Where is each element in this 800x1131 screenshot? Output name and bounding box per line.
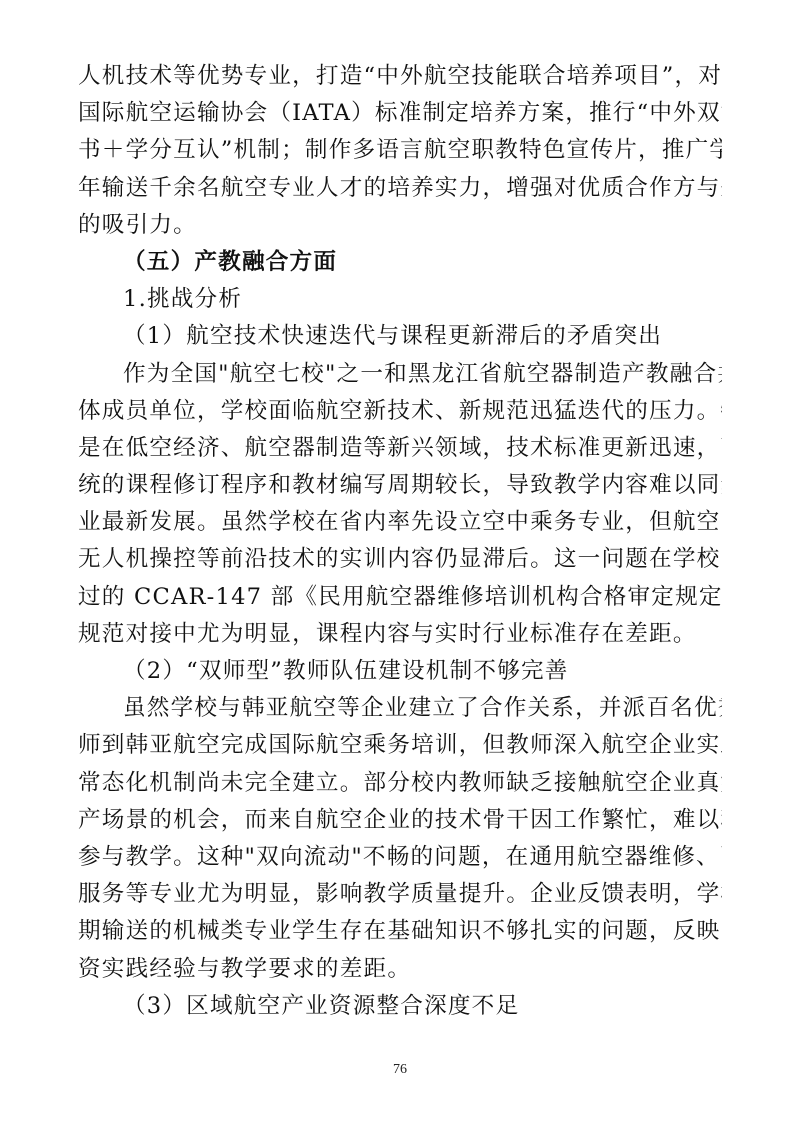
subheading-challenge-analysis: 1.挑战分析: [78, 281, 722, 318]
item-1-title: （1）航空技术快速迭代与课程更新滞后的矛盾突出: [78, 318, 722, 355]
text-line: 的吸引力。: [78, 207, 722, 244]
text-line: 常态化机制尚未完全建立。部分校内教师缺乏接触航空企业真实生: [78, 765, 722, 802]
text-line: 期输送的机械类专业学生存在基础知识不够扎实的问题，反映出师: [78, 913, 722, 950]
item-2-title: （2）“双师型”教师队伍建设机制不够完善: [78, 653, 722, 690]
text-line: 资实践经验与教学要求的差距。: [78, 951, 722, 988]
item-1-paragraph: 作为全国"航空七校"之一和黑龙江省航空器制造产教融合共同 体成员单位，学校面临航…: [78, 356, 722, 654]
page-number: 76: [0, 1062, 800, 1078]
text-line: 师到韩亚航空完成国际航空乘务培训，但教师深入航空企业实践的: [78, 727, 722, 764]
text-line: 国际航空运输协会（IATA）标准制定培养方案，推行“中外双证: [78, 95, 722, 132]
item-3-title: （3）区域航空产业资源整合深度不足: [78, 988, 722, 1025]
text-line: 过的 CCAR-147 部《民用航空器维修培训机构合格审定规定》等新: [78, 579, 722, 616]
text-line: 规范对接中尤为明显，课程内容与实时行业标准存在差距。: [78, 616, 722, 653]
text-line: 业最新发展。虽然学校在省内率先设立空中乘务专业，但航空电子、: [78, 504, 722, 541]
text-line: 无人机操控等前沿技术的实训内容仍显滞后。这一问题在学校已通: [78, 541, 722, 578]
text-line: 作为全国"航空七校"之一和黑龙江省航空器制造产教融合共同: [78, 356, 722, 393]
text-line: 是在低空经济、航空器制造等新兴领域，技术标准更新迅速，而传: [78, 430, 722, 467]
text-line: 书＋学分互认”机制；制作多语言航空职教特色宣传片，推广学校: [78, 132, 722, 169]
text-line: 体成员单位，学校面临航空新技术、新规范迅猛迭代的压力。特别: [78, 393, 722, 430]
document-page: 人机技术等优势专业，打造“中外航空技能联合培养项目”，对标 国际航空运输协会（I…: [78, 58, 722, 1025]
text-line: 虽然学校与韩亚航空等企业建立了合作关系，并派百名优秀教: [78, 690, 722, 727]
section-heading: （五）产教融合方面: [78, 244, 722, 281]
intro-paragraph-tail: 人机技术等优势专业，打造“中外航空技能联合培养项目”，对标 国际航空运输协会（I…: [78, 58, 722, 244]
text-line: 统的课程修订程序和教材编写周期较长，导致教学内容难以同步行: [78, 467, 722, 504]
text-line: 人机技术等优势专业，打造“中外航空技能联合培养项目”，对标: [78, 58, 722, 95]
text-line: 服务等专业尤为明显，影响教学质量提升。企业反馈表明，学校早: [78, 876, 722, 913]
text-line: 年输送千余名航空专业人才的培养实力，增强对优质合作方与生源: [78, 170, 722, 207]
item-2-paragraph: 虽然学校与韩亚航空等企业建立了合作关系，并派百名优秀教 师到韩亚航空完成国际航空…: [78, 690, 722, 988]
text-line: 产场景的机会，而来自航空企业的技术骨干因工作繁忙，难以稳定: [78, 802, 722, 839]
text-line: 参与教学。这种"双向流动"不畅的问题，在通用航空器维修、飞行: [78, 839, 722, 876]
